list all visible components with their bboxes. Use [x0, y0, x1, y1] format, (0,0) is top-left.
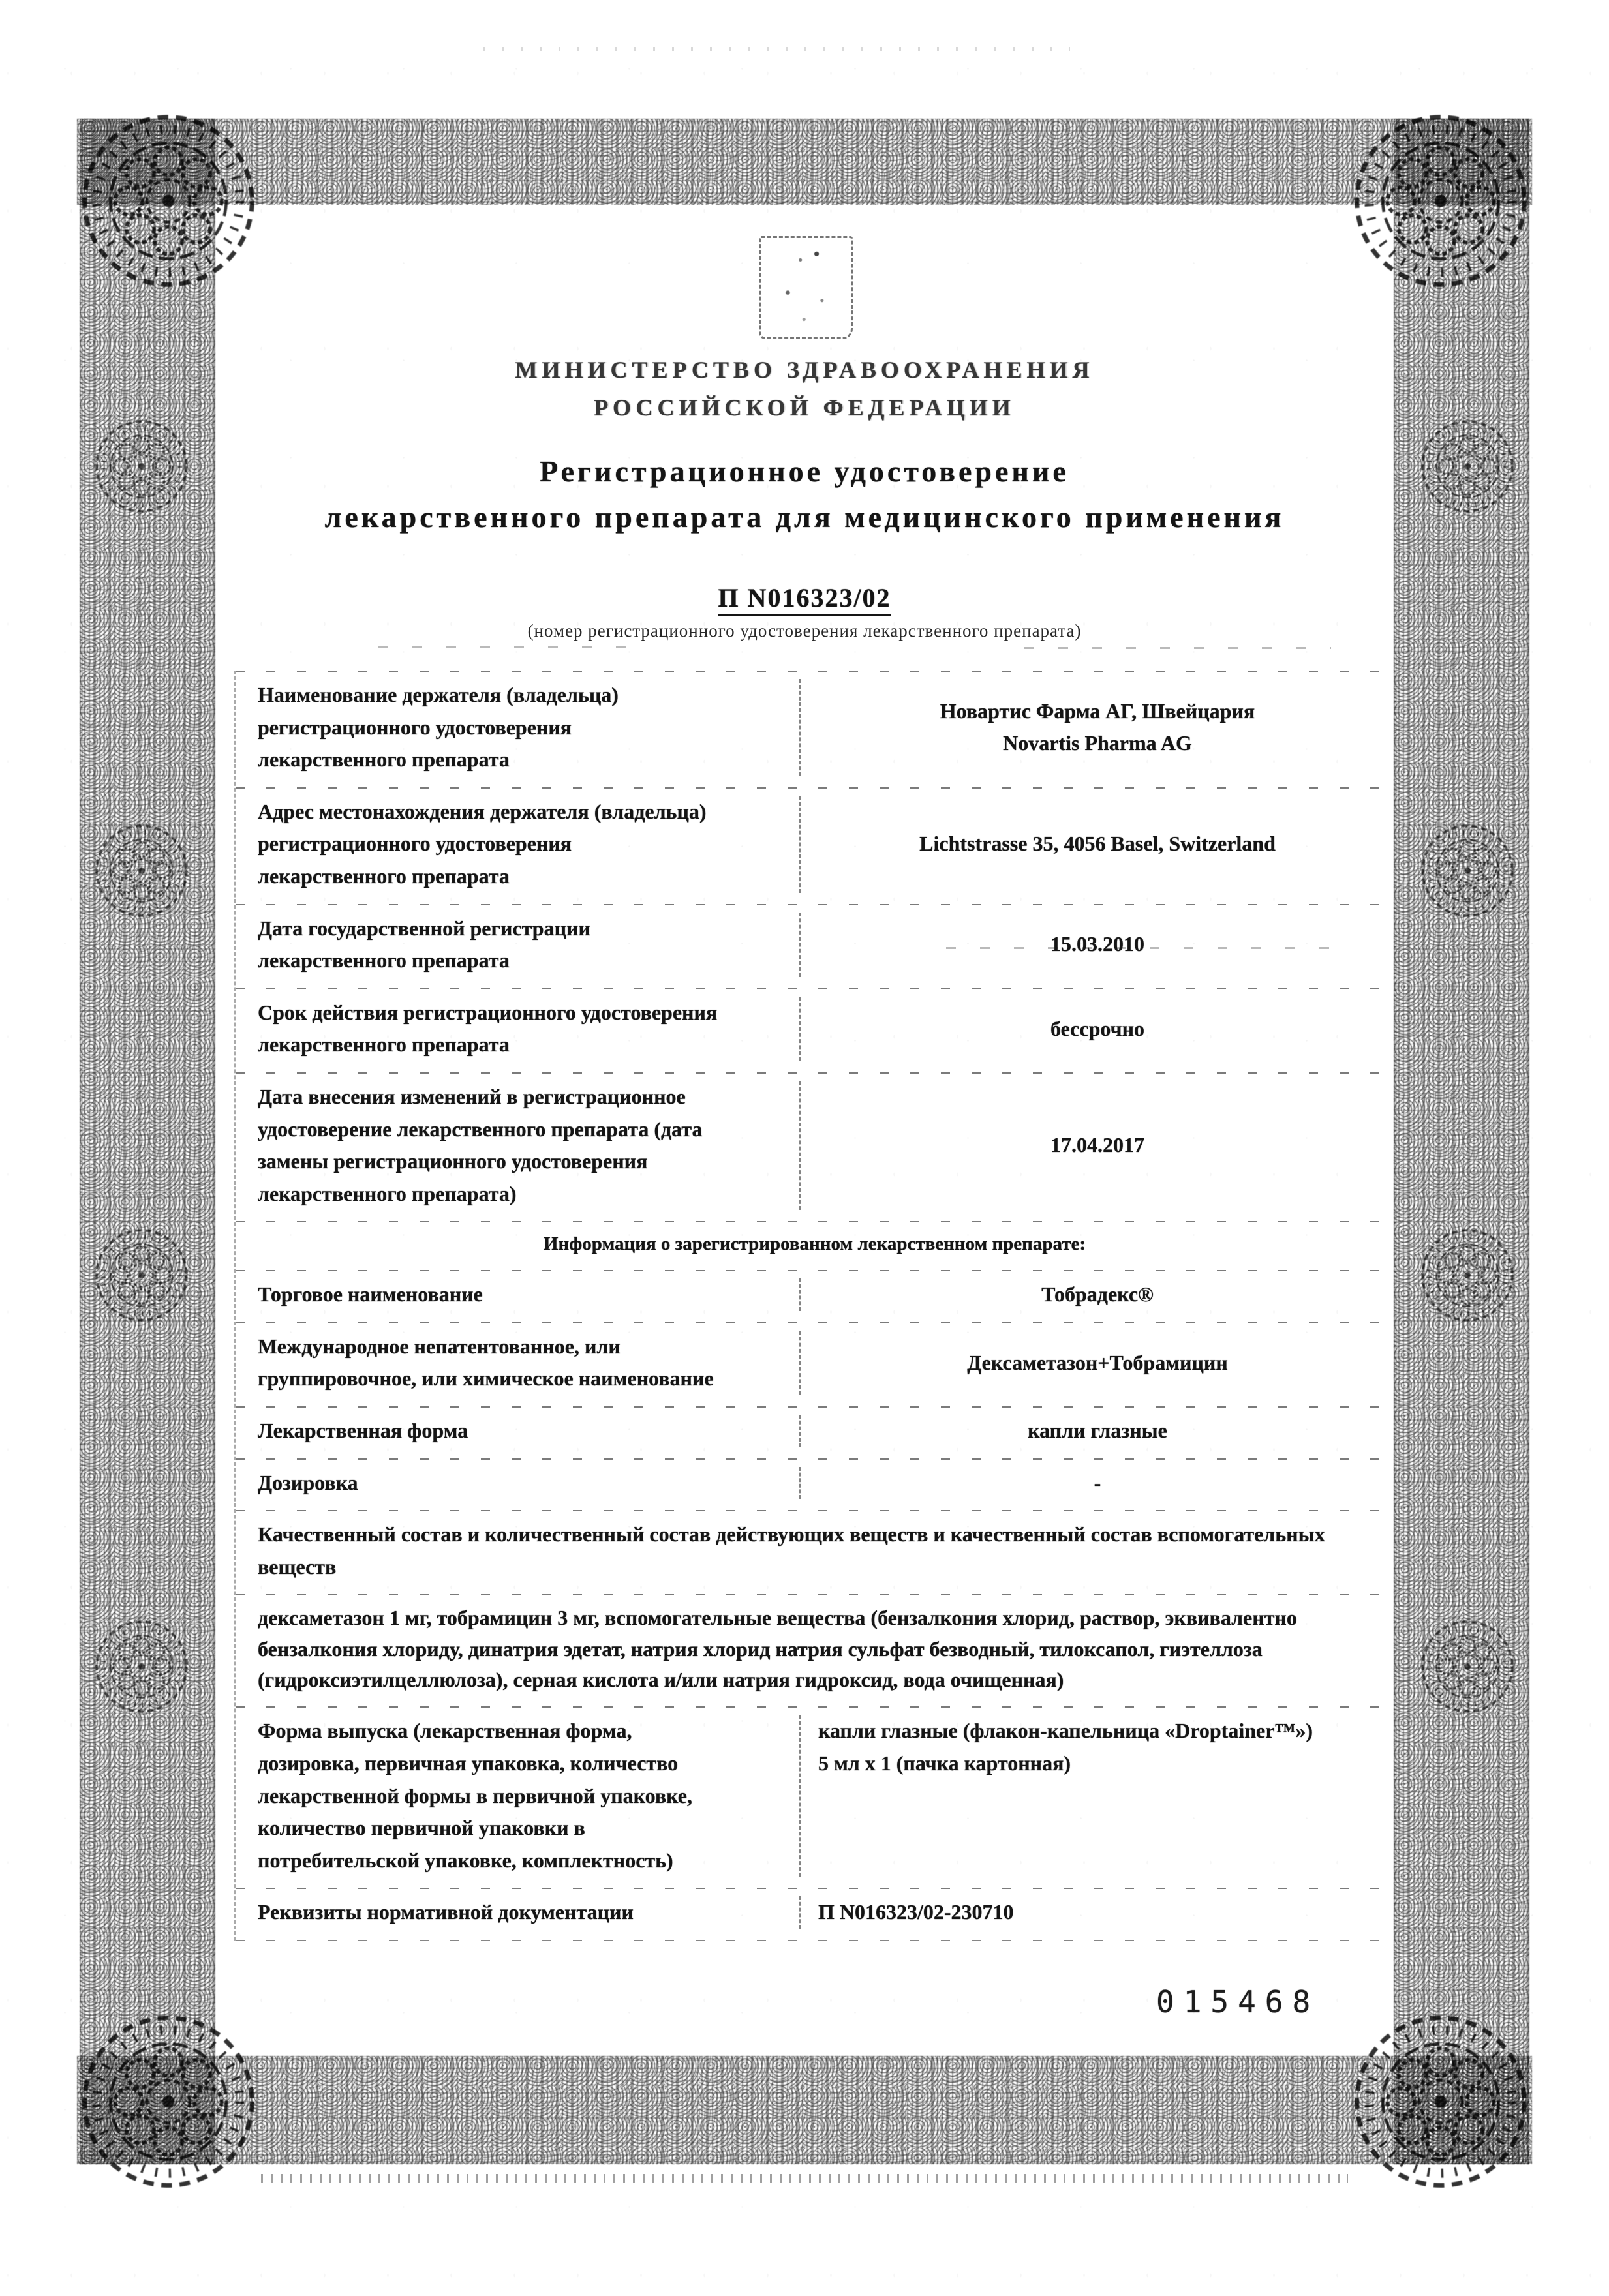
- table-row: Наименование держателя (владельца) регис…: [236, 671, 1394, 787]
- rosette-ornament-icon: [1349, 2010, 1532, 2193]
- composition-text: дексаметазон 1 мг, тобрамицин 3 мг, вспо…: [236, 1594, 1394, 1706]
- row-label: Международное непатентованное, или групп…: [258, 1331, 718, 1395]
- rosette-ornament-icon: [1349, 110, 1532, 292]
- registration-number: П N016323/02: [0, 582, 1609, 613]
- table-row: Дата внесения изменений в регистрационно…: [236, 1072, 1394, 1221]
- rosette-ornament-icon: [93, 1226, 191, 1324]
- table-row: Лекарственная форма капли глазные: [236, 1406, 1394, 1458]
- row-value: Новартис Фарма АГ, Швейцария Novartis Ph…: [817, 695, 1378, 760]
- ministry-name: МИНИСТЕРСТВО ЗДРАВООХРАНЕНИЯ РОССИЙСКОЙ …: [0, 351, 1609, 427]
- row-label: Дозировка: [258, 1467, 718, 1500]
- serial-number: 015468: [1156, 1984, 1319, 2019]
- section-header: Информация о зарегистрированном лекарств…: [236, 1221, 1394, 1270]
- ministry-line-2: РОССИЙСКОЙ ФЕДЕРАЦИИ: [0, 389, 1609, 427]
- rosette-ornament-icon: [1418, 822, 1516, 920]
- table-row: Форма выпуска (лекарственная форма, дози…: [236, 1706, 1394, 1888]
- row-label: Форма выпуска (лекарственная форма, дози…: [258, 1715, 708, 1877]
- row-label: Лекарственная форма: [258, 1415, 718, 1447]
- info-table: Наименование держателя (владельца) регис…: [234, 671, 1396, 1941]
- coat-of-arms-placeholder: [759, 236, 853, 339]
- guilloche-border-top: [77, 119, 1532, 205]
- rosette-ornament-icon: [1418, 1226, 1516, 1324]
- rosette-ornament-icon: [93, 1618, 191, 1715]
- row-value: капли глазные (флакон-капельница «Dropta…: [817, 1715, 1378, 1779]
- table-row: Дата государственной регистрации лекарст…: [236, 904, 1394, 988]
- table-row: Торговое наименование Тобрадекс®: [236, 1270, 1394, 1322]
- row-value: Lichtstrasse 35, 4056 Basel, Switzerland: [817, 828, 1378, 860]
- registration-number-caption: (номер регистрационного удостоверения ле…: [0, 621, 1609, 641]
- scan-artifact: [378, 646, 626, 648]
- scan-artifact: [483, 47, 1070, 51]
- rosette-ornament-icon: [1418, 1618, 1516, 1715]
- rosette-ornament-icon: [77, 2010, 260, 2193]
- document-title-line-1: Регистрационное удостоверение: [0, 449, 1609, 494]
- scan-artifact: [1024, 647, 1331, 649]
- rosette-ornament-icon: [93, 822, 191, 920]
- row-value: бессрочно: [817, 1013, 1378, 1046]
- row-value: Дексаметазон+Тобрамицин: [817, 1347, 1378, 1380]
- perforation-ticks: [261, 2174, 1348, 2183]
- composition-header: Качественный состав и количественный сос…: [236, 1510, 1394, 1594]
- table-bottom-rule: [236, 1940, 1394, 1941]
- row-value: Тобрадекс®: [817, 1278, 1378, 1311]
- registration-number-value: П N016323/02: [718, 583, 891, 616]
- table-row: Реквизиты нормативной документации П N01…: [236, 1888, 1394, 1940]
- row-value: 17.04.2017: [817, 1129, 1378, 1162]
- ministry-line-1: МИНИСТЕРСТВО ЗДРАВООХРАНЕНИЯ: [0, 351, 1609, 389]
- document-title-line-2: лекарственного препарата для медицинског…: [0, 494, 1609, 540]
- row-label: Дата внесения изменений в регистрационно…: [258, 1081, 718, 1210]
- document-title: Регистрационное удостоверение лекарствен…: [0, 449, 1609, 540]
- row-label: Дата государственной регистрации лекарст…: [258, 913, 718, 977]
- table-row: Дозировка -: [236, 1458, 1394, 1511]
- row-label: Срок действия регистрационного удостовер…: [258, 997, 718, 1061]
- row-value: 15.03.2010: [817, 928, 1378, 961]
- table-row: Международное непатентованное, или групп…: [236, 1322, 1394, 1406]
- row-label: Наименование держателя (владельца) регис…: [258, 679, 718, 776]
- rosette-ornament-icon: [77, 110, 260, 292]
- row-label: Реквизиты нормативной документации: [258, 1896, 718, 1929]
- guilloche-border-bottom: [77, 2056, 1532, 2164]
- row-value: -: [817, 1467, 1378, 1500]
- row-value: П N016323/02-230710: [817, 1896, 1378, 1929]
- table-row: Адрес местонахождения держателя (владель…: [236, 787, 1394, 904]
- registration-certificate-scan: МИНИСТЕРСТВО ЗДРАВООХРАНЕНИЯ РОССИЙСКОЙ …: [0, 0, 1609, 2296]
- row-value: капли глазные: [817, 1415, 1378, 1447]
- row-label: Торговое наименование: [258, 1278, 718, 1311]
- row-label: Адрес местонахождения держателя (владель…: [258, 796, 718, 893]
- table-row: Срок действия регистрационного удостовер…: [236, 988, 1394, 1072]
